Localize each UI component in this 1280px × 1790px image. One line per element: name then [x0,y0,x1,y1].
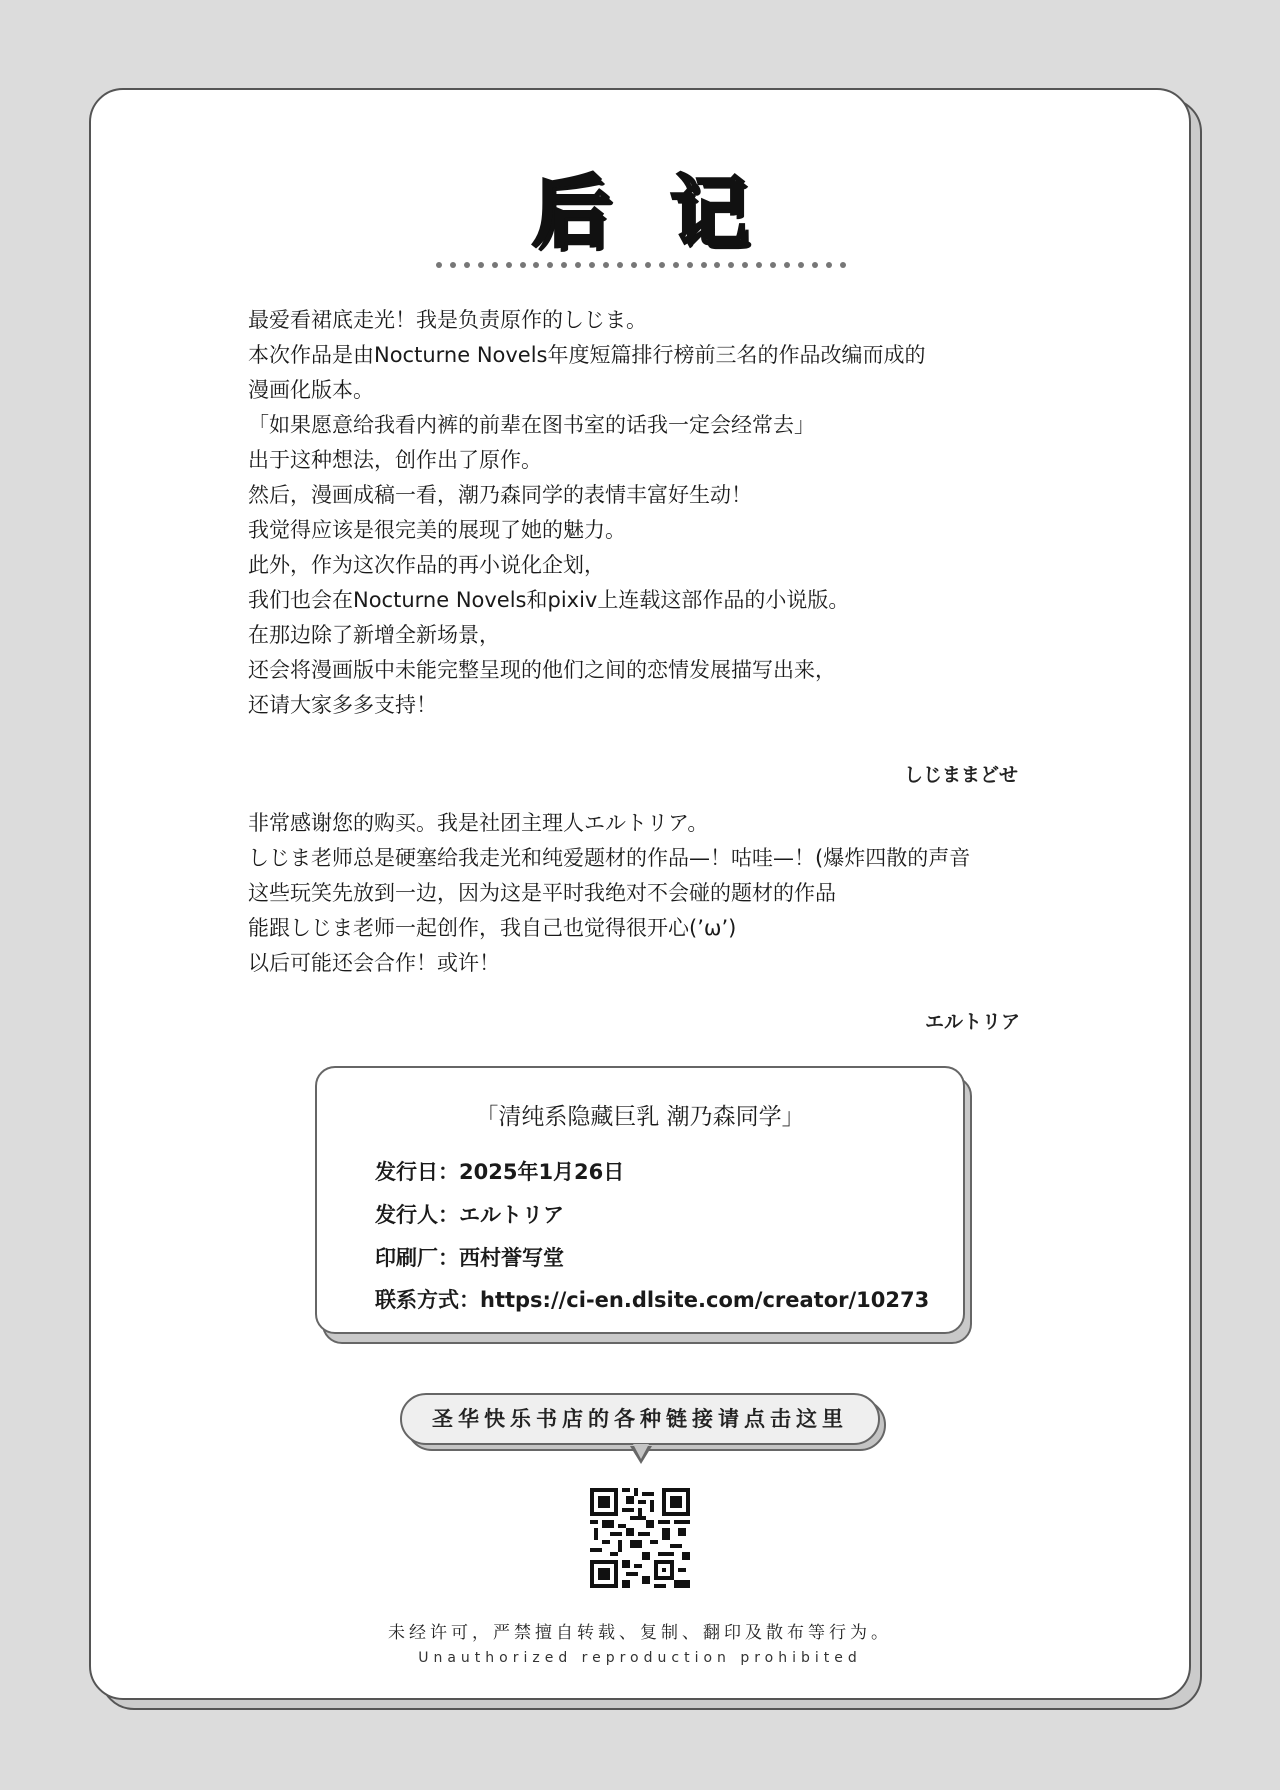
divider-dot [436,262,442,268]
text-line: 我们也会在Nocturne Novels和pixiv上连载这部作品的小说版。 [248,583,926,618]
divider-dot [826,262,832,268]
circle-signature: エルトリア [925,1007,1020,1034]
text-line: 最爱看裙底走光！我是负责原作的しじま。 [248,303,926,338]
divider-dot [464,262,470,268]
divider-dot [478,262,484,268]
divider-dot [742,262,748,268]
text-line: しじま老师总是硬塞给我走光和纯爱题材的作品—！咕哇—！(爆炸四散的声音 [248,841,970,876]
text-line: 还会将漫画版中未能完整呈现的他们之间的恋情发展描写出来， [248,653,926,688]
row-value: エルトリア [459,1203,564,1227]
divider-dot [575,262,581,268]
circle-afterword: 非常感谢您的购买。我是社团主理人エルトリア。 しじま老师总是硬塞给我走光和纯爱题… [248,806,970,981]
contact-link[interactable]: https://ci-en.dlsite.com/creator/10273 [480,1288,929,1312]
divider-dot [798,262,804,268]
divider-dot [687,262,693,268]
text-line: 能跟しじま老师一起创作，我自己也觉得很开心(’ω’) [248,911,970,946]
divider-dot [492,262,498,268]
row-label: 发行人： [375,1203,459,1227]
text-line: 此外，作为这次作品的再小说化企划， [248,548,926,583]
store-link-bubble[interactable]: 圣华快乐书店的各种链接请点击这里 [400,1393,884,1451]
text-line: 漫画化版本。 [248,373,926,408]
text-line: 本次作品是由Nocturne Novels年度短篇排行榜前三名的作品改编而成的 [248,338,926,373]
text-line: 然后，漫画成稿一看，潮乃森同学的表情丰富好生动！ [248,478,926,513]
dotted-divider [436,262,846,270]
text-line: 非常感谢您的购买。我是社团主理人エルトリア。 [248,806,970,841]
row-label: 联系方式： [375,1288,480,1312]
text-line: 还请大家多多支持！ [248,688,926,723]
colophon-row-printer: 印刷厂：西村誉写堂 [375,1242,564,1272]
divider-dot [840,262,846,268]
row-label: 印刷厂： [375,1246,459,1270]
page-title: 后记 [0,150,1280,262]
row-label: 发行日： [375,1160,459,1184]
divider-dot [728,262,734,268]
colophon-title: 「清纯系隐藏巨乳 潮乃森同学」 [317,1098,963,1131]
divider-dot [603,262,609,268]
colophon-row-publisher: 发行人：エルトリア [375,1199,564,1229]
colophon-box: 「清纯系隐藏巨乳 潮乃森同学」 发行日：2025年1月26日 发行人：エルトリア… [315,1066,965,1334]
text-line: 以后可能还会合作！或许！ [248,946,970,981]
divider-dot [659,262,665,268]
divider-dot [673,262,679,268]
text-line: 出于这种想法，创作出了原作。 [248,443,926,478]
bubble-tail-fill [633,1444,649,1459]
divider-dot [617,262,623,268]
qr-code-icon[interactable] [590,1488,690,1588]
divider-dot [506,262,512,268]
author-afterword: 最爱看裙底走光！我是负责原作的しじま。 本次作品是由Nocturne Novel… [248,303,926,723]
divider-dot [714,262,720,268]
divider-dot [631,262,637,268]
divider-dot [561,262,567,268]
store-link-label[interactable]: 圣华快乐书店的各种链接请点击这里 [400,1393,880,1445]
copyright-notice-en: Unauthorized reproduction prohibited [0,1650,1280,1666]
colophon-row-contact: 联系方式：https://ci-en.dlsite.com/creator/10… [375,1284,929,1314]
row-value: 西村誉写堂 [459,1246,564,1270]
divider-dot [645,262,651,268]
divider-dot [770,262,776,268]
divider-dot [812,262,818,268]
copyright-notice-zh: 未经许可，严禁擅自转载、复制、翻印及散布等行为。 [0,1618,1280,1643]
text-line: 「如果愿意给我看内裤的前辈在图书室的话我一定会经常去」 [248,408,926,443]
divider-dot [450,262,456,268]
colophon-row-date: 发行日：2025年1月26日 [375,1156,624,1186]
divider-dot [784,262,790,268]
divider-dot [701,262,707,268]
text-line: 这些玩笑先放到一边，因为这是平时我绝对不会碰的题材的作品 [248,876,970,911]
divider-dot [589,262,595,268]
row-value: 2025年1月26日 [459,1160,624,1184]
divider-dot [520,262,526,268]
text-line: 在那边除了新增全新场景， [248,618,926,653]
divider-dot [756,262,762,268]
text-line: 我觉得应该是很完美的展现了她的魅力。 [248,513,926,548]
author-signature: しじままどせ [904,760,1018,787]
divider-dot [547,262,553,268]
divider-dot [533,262,539,268]
